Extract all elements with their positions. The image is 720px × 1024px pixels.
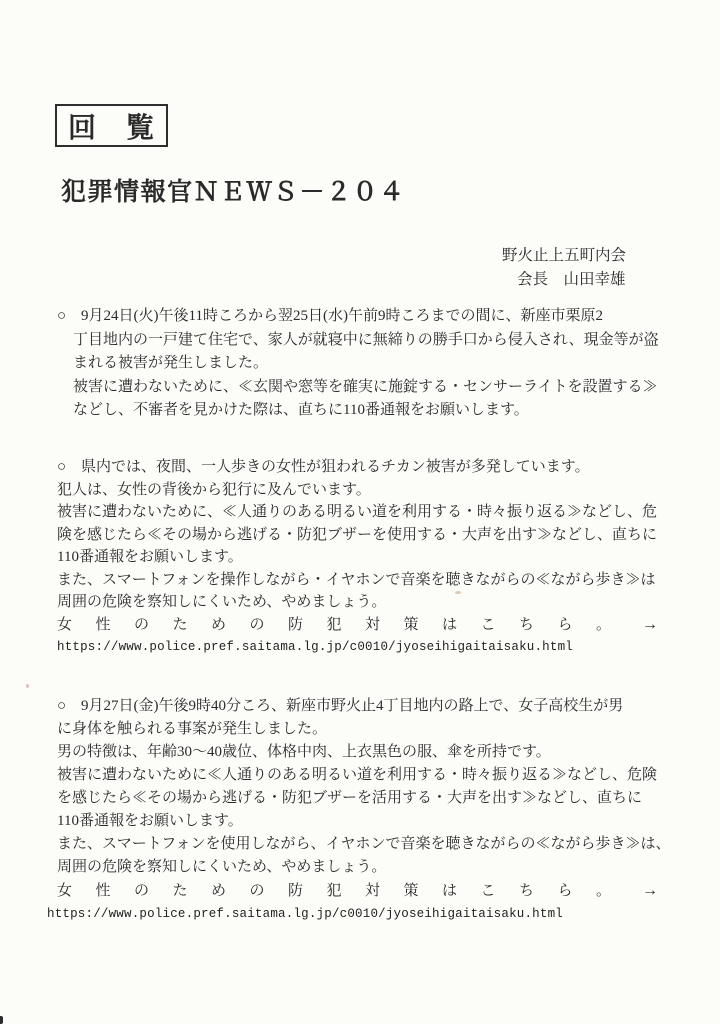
- body-line: ○ 県内では、夜間、一人歩きの女性が狙われるチカン被害が多発しています。: [57, 456, 658, 479]
- cta-text: 女性のための防犯対策はこちら。: [57, 880, 635, 903]
- body-line: 被害に遭わないために、≪玄関や窓等を確実に施錠する・センサーライトを設置する≫: [57, 376, 658, 400]
- incident-section-chikan-warning: ○ 県内では、夜間、一人歩きの女性が狙われるチカン被害が多発しています。 犯人は…: [57, 456, 658, 659]
- safety-cta-line: 女性のための防犯対策はこちら。 →: [57, 614, 658, 637]
- body-line: まれる被害が発生しました。: [57, 352, 658, 376]
- body-line: を感じたら≪その場から逃げる・防犯ブザーを活用する・大声を出す≫などし、直ちに: [57, 787, 658, 810]
- police-url: https://www.police.pref.saitama.lg.jp/c0…: [47, 903, 658, 926]
- body-line: ○ 9月24日(火)午後11時ころから翌25日(水)午前9時ころまでの間に、新座…: [57, 305, 658, 329]
- body-line: に身体を触られる事案が発生しました。: [57, 718, 658, 741]
- right-arrow-icon: →: [642, 614, 658, 637]
- body-line: 険を感じたら≪その場から逃げる・防犯ブザーを使用する・大声を出す≫などし、直ちに: [57, 524, 658, 547]
- body-line: 周囲の危険を察知しにくいため、やめましょう。: [57, 591, 658, 614]
- scan-edge-mark: [0, 1016, 3, 1024]
- body-line: 被害に遭わないために≪人通りのある明るい道を利用する・時々振り返る≫などし、危険: [57, 764, 658, 787]
- scan-speck: [26, 684, 29, 688]
- kairan-label: 回 覧: [68, 106, 155, 146]
- body-line: 110番通報をお願いします。: [57, 810, 658, 833]
- body-line: 丁目地内の一戸建て住宅で、家人が就寝中に無締りの勝手口から侵入され、現金等が盗: [57, 329, 658, 353]
- body-line: また、スマートフォンを使用しながら、イヤホンで音楽を聴きながらの≪ながら歩き≫は…: [57, 833, 658, 856]
- cta-text: 女性のための防犯対策はこちら。: [57, 614, 635, 637]
- body-line: などし、不審者を見かけた際は、直ちに110番通報をお願いします。: [57, 399, 658, 423]
- body-line: 被害に遭わないために、≪人通りのある明るい道を利用する・時々振り返る≫などし、危: [57, 501, 658, 524]
- right-arrow-icon: →: [642, 879, 658, 902]
- body-line: 周囲の危険を察知しにくいため、やめましょう。: [57, 856, 658, 879]
- body-line: 犯人は、女性の背後から犯行に及んでいます。: [57, 479, 658, 502]
- issuer-chairman: 会長 山田幸雄: [517, 267, 626, 289]
- incident-section-burglary: ○ 9月24日(火)午後11時ころから翌25日(水)午前9時ころまでの間に、新座…: [57, 305, 658, 423]
- safety-cta-line: 女性のための防犯対策はこちら。 →: [57, 879, 658, 903]
- scan-speck: [455, 591, 461, 594]
- scanned-notice-page: 回 覧 犯罪情報官ＮＥＷＳ－２０４ 野火止上五町内会 会長 山田幸雄 ○ 9月2…: [0, 0, 720, 1024]
- issuer-organization: 野火止上五町内会: [502, 243, 626, 265]
- body-line: また、スマートフォンを操作しながら・イヤホンで音楽を聴きながらの≪ながら歩き≫は: [57, 569, 658, 592]
- incident-section-touching-case: ○ 9月27日(金)午後9時40分ころ、新座市野火止4丁目地内の路上で、女子高校…: [57, 695, 658, 926]
- body-line: 男の特徴は、年齢30～40歳位、体格中肉、上衣黒色の服、傘を所持です。: [57, 741, 658, 764]
- body-line: ○ 9月27日(金)午後9時40分ころ、新座市野火止4丁目地内の路上で、女子高校…: [57, 695, 658, 718]
- doc-title: 犯罪情報官ＮＥＷＳ－２０４: [61, 172, 406, 208]
- kairan-stamp-box: 回 覧: [55, 104, 168, 147]
- body-line: 110番通報をお願いします。: [57, 546, 658, 569]
- police-url: https://www.police.pref.saitama.lg.jp/c0…: [57, 636, 658, 659]
